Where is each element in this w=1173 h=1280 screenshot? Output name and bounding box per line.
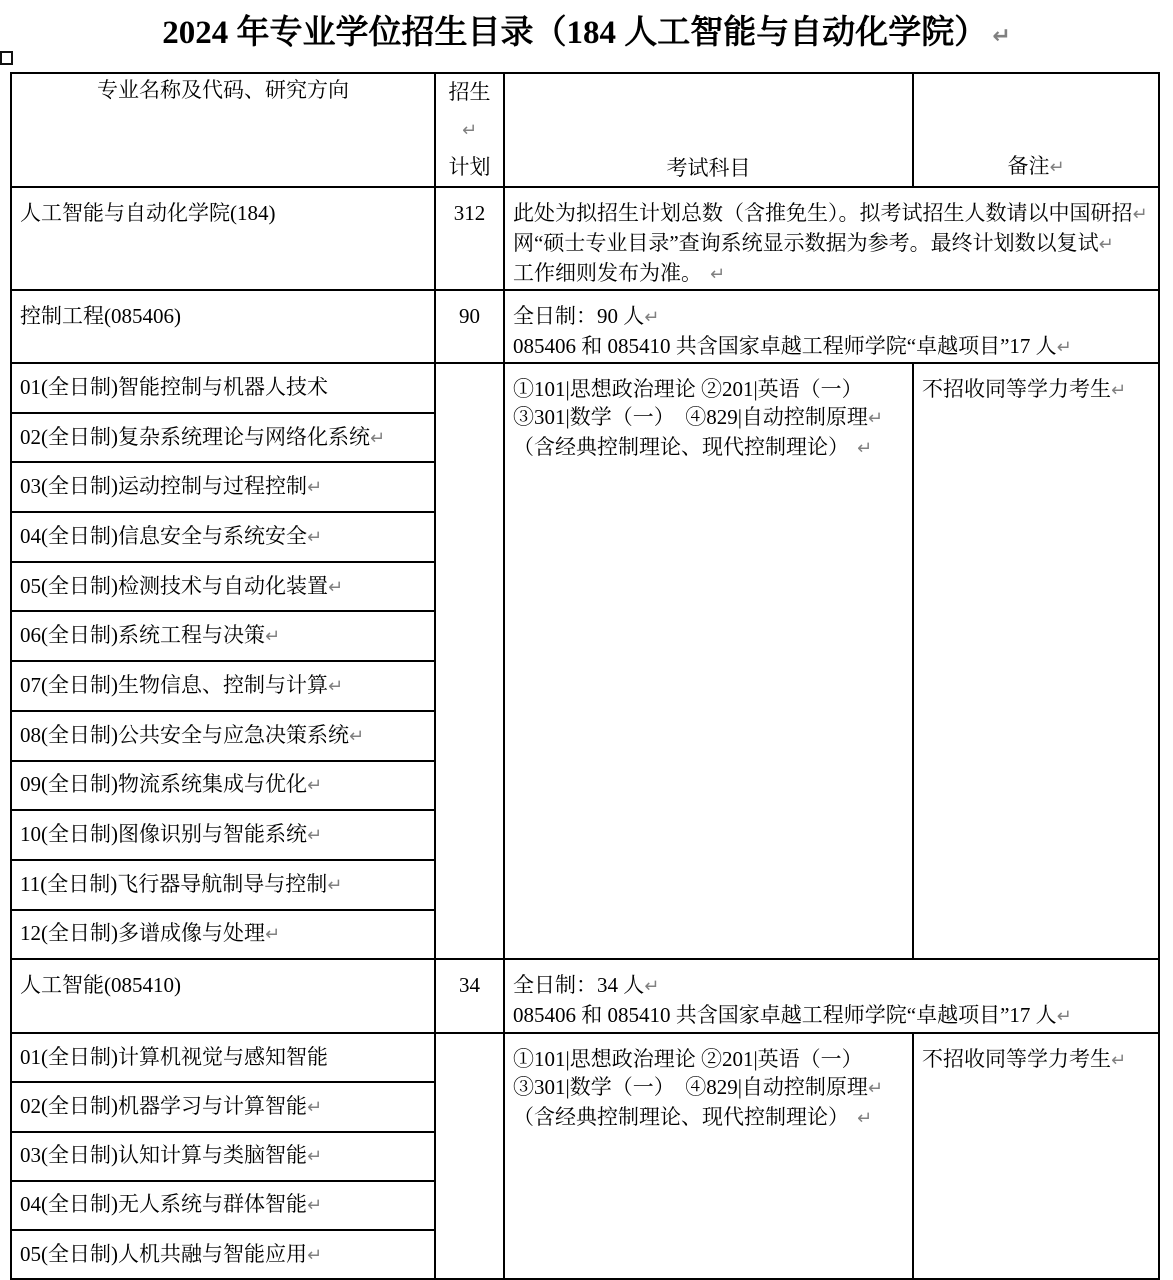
program2-quota-cell: 34	[435, 959, 504, 1033]
page-title-text: 2024 年专业学位招生目录（184 人工智能与自动化学院）	[162, 15, 987, 51]
college-note-line1: 此处为拟招生计划总数（含推免生）。拟考试招生人数请以中国研招	[513, 201, 1133, 225]
line-break-mark-icon: ↵	[328, 676, 343, 697]
college-row: 人工智能与自动化学院(184) 312 此处为拟招生计划总数（含推免生）。拟考试…	[11, 187, 1159, 290]
direction-label: 02(全日制)复杂系统理论与网络化系统	[20, 425, 370, 449]
college-note-line2: 网“硕士专业目录”查询系统显示数据为参考。最终计划数以复试	[513, 231, 1099, 255]
line-break-mark-icon: ↵	[462, 120, 477, 141]
program1-directions-quota-empty-cell	[435, 363, 504, 959]
program1-name-cell: 控制工程(085406)	[11, 290, 435, 363]
line-break-mark-icon: ↵	[1057, 337, 1072, 358]
line-break-mark-icon: ↵	[307, 1195, 322, 1216]
program1-quota: 90	[459, 304, 480, 328]
direction-label: 05(全日制)检测技术与自动化装置	[20, 574, 328, 598]
direction-cell: 05(全日制)人机共融与智能应用↵	[11, 1230, 435, 1279]
line-break-mark-icon: ↵	[1133, 204, 1148, 225]
program2-name-cell: 人工智能(085410)	[11, 959, 435, 1033]
direction-label: 01(全日制)计算机视觉与感知智能	[20, 1045, 328, 1069]
header-exam-label: 考试科目	[667, 156, 751, 180]
direction-label: 07(全日制)生物信息、控制与计算	[20, 673, 328, 697]
program2-remark: 不招收同等学力考生	[922, 1047, 1111, 1071]
exam-line1: ①101|思想政治理论 ②201|英语（一）	[513, 1047, 863, 1071]
direction-cell: 01(全日制)计算机视觉与感知智能	[11, 1033, 435, 1082]
college-name: 人工智能与自动化学院(184)	[20, 201, 276, 225]
program2-name: 人工智能(085410)	[20, 973, 181, 997]
table-anchor-marker	[0, 51, 13, 65]
direction-cell: 08(全日制)公共安全与应急决策系统↵	[11, 711, 435, 761]
program1-remark-cell: 不招收同等学力考生↵	[913, 363, 1159, 959]
line-break-mark-icon: ↵	[644, 307, 659, 328]
direction-label: 03(全日制)运动控制与过程控制	[20, 474, 307, 498]
header-exam-cell: 考试科目	[504, 73, 913, 187]
direction-label: 10(全日制)图像识别与智能系统	[20, 822, 307, 846]
direction-label: 06(全日制)系统工程与决策	[20, 623, 265, 647]
line-break-mark-icon: ↵	[307, 477, 322, 498]
program1-quota-cell: 90	[435, 290, 504, 363]
line-break-mark-icon: ↵	[307, 825, 322, 846]
program2-directions-quota-empty-cell	[435, 1033, 504, 1279]
direction-label: 08(全日制)公共安全与应急决策系统	[20, 723, 349, 747]
program-artificial-intelligence-row: 人工智能(085410) 34 全日制：34 人↵ 085406 和 08541…	[11, 959, 1159, 1033]
line-break-mark-icon: ↵	[328, 577, 343, 598]
line-break-mark-icon: ↵	[307, 1146, 322, 1167]
line-break-mark-icon: ↵	[857, 438, 872, 459]
direction-cell: 05(全日制)检测技术与自动化装置↵	[11, 562, 435, 612]
direction-cell: 02(全日制)复杂系统理论与网络化系统↵	[11, 413, 435, 463]
exam-line2: ③301|数学（一） ④829|自动控制原理	[513, 405, 868, 429]
direction-cell: 02(全日制)机器学习与计算智能↵	[11, 1082, 435, 1131]
program2-exam-subjects-cell: ①101|思想政治理论 ②201|英语（一） ③301|数学（一） ④829|自…	[504, 1033, 913, 1279]
exam-line2: ③301|数学（一） ④829|自动控制原理	[513, 1075, 868, 1099]
direction-row: 01(全日制)智能控制与机器人技术 ①101|思想政治理论 ②201|英语（一）…	[11, 363, 1159, 413]
exam-line1: ①101|思想政治理论 ②201|英语（一）	[513, 377, 863, 401]
header-quota-line2: 计划	[449, 155, 491, 179]
direction-cell: 11(全日制)飞行器导航制导与控制↵	[11, 860, 435, 910]
header-note-label: 备注	[1007, 154, 1049, 178]
college-name-cell: 人工智能与自动化学院(184)	[11, 187, 435, 290]
header-major-cell: 专业名称及代码、研究方向	[11, 73, 435, 187]
program1-remark: 不招收同等学力考生	[922, 377, 1111, 401]
college-quota-cell: 312	[435, 187, 504, 290]
program1-name: 控制工程(085406)	[20, 304, 181, 328]
direction-label: 04(全日制)无人系统与群体智能	[20, 1192, 307, 1216]
admissions-catalog-table: 专业名称及代码、研究方向 招生↵计划 考试科目 备注↵ 人工智能与自动化学院(1…	[10, 72, 1160, 1280]
program1-exam-subjects-cell: ①101|思想政治理论 ②201|英语（一） ③301|数学（一） ④829|自…	[504, 363, 913, 959]
college-note-line3: 工作细则发布为准。	[513, 261, 702, 285]
college-quota: 312	[454, 201, 486, 225]
program2-remark-cell: 不招收同等学力考生↵	[913, 1033, 1159, 1279]
program1-info-cell: 全日制：90 人↵ 085406 和 085410 共含国家卓越工程师学院“卓越…	[504, 290, 1159, 363]
direction-label: 09(全日制)物流系统集成与优化	[20, 772, 307, 796]
program1-info-line2: 085406 和 085410 共含国家卓越工程师学院“卓越项目”17 人	[513, 334, 1057, 358]
direction-cell: 03(全日制)认知计算与类脑智能↵	[11, 1132, 435, 1181]
program2-quota: 34	[459, 973, 480, 997]
direction-label: 04(全日制)信息安全与系统安全	[20, 524, 307, 548]
exam-line3: （含经典控制理论、现代控制理论）	[513, 1105, 849, 1129]
direction-cell: 01(全日制)智能控制与机器人技术	[11, 363, 435, 413]
header-note-cell: 备注↵	[913, 73, 1159, 187]
line-break-mark-icon: ↵	[327, 875, 342, 896]
direction-label: 11(全日制)飞行器导航制导与控制	[20, 872, 327, 896]
program-control-engineering-row: 控制工程(085406) 90 全日制：90 人↵ 085406 和 08541…	[11, 290, 1159, 363]
direction-cell: 09(全日制)物流系统集成与优化↵	[11, 761, 435, 811]
line-break-mark-icon: ↵	[307, 1245, 322, 1266]
paragraph-mark-icon: ↵	[992, 24, 1010, 49]
line-break-mark-icon: ↵	[349, 726, 364, 747]
line-break-mark-icon: ↵	[307, 527, 322, 548]
direction-cell: 07(全日制)生物信息、控制与计算↵	[11, 661, 435, 711]
line-break-mark-icon: ↵	[710, 264, 725, 285]
header-quota-line1: 招生	[449, 80, 491, 104]
direction-label: 03(全日制)认知计算与类脑智能	[20, 1143, 307, 1167]
page-title: 2024 年专业学位招生目录（184 人工智能与自动化学院）↵	[0, 6, 1173, 53]
direction-cell: 06(全日制)系统工程与决策↵	[11, 611, 435, 661]
direction-cell: 12(全日制)多谱成像与处理↵	[11, 910, 435, 960]
program2-info-line2: 085406 和 085410 共含国家卓越工程师学院“卓越项目”17 人	[513, 1003, 1057, 1027]
line-break-mark-icon: ↵	[307, 1097, 322, 1118]
line-break-mark-icon: ↵	[265, 626, 280, 647]
header-quota-cell: 招生↵计划	[435, 73, 504, 187]
table-header-row: 专业名称及代码、研究方向 招生↵计划 考试科目 备注↵	[11, 73, 1159, 187]
line-break-mark-icon: ↵	[1049, 157, 1064, 178]
direction-cell: 04(全日制)无人系统与群体智能↵	[11, 1181, 435, 1230]
program2-info-line1: 全日制：34 人	[513, 973, 644, 997]
line-break-mark-icon: ↵	[1111, 380, 1126, 401]
header-major-label: 专业名称及代码、研究方向	[97, 78, 349, 102]
direction-label: 01(全日制)智能控制与机器人技术	[20, 375, 328, 399]
line-break-mark-icon: ↵	[265, 924, 280, 945]
line-break-mark-icon: ↵	[857, 1108, 872, 1129]
line-break-mark-icon: ↵	[1111, 1050, 1126, 1071]
direction-label: 12(全日制)多谱成像与处理	[20, 921, 265, 945]
college-note-cell: 此处为拟招生计划总数（含推免生）。拟考试招生人数请以中国研招↵ 网“硕士专业目录…	[504, 187, 1159, 290]
line-break-mark-icon: ↵	[370, 428, 385, 449]
program2-info-cell: 全日制：34 人↵ 085406 和 085410 共含国家卓越工程师学院“卓越…	[504, 959, 1159, 1033]
direction-cell: 03(全日制)运动控制与过程控制↵	[11, 462, 435, 512]
direction-label: 05(全日制)人机共融与智能应用	[20, 1242, 307, 1266]
line-break-mark-icon: ↵	[868, 408, 883, 429]
direction-cell: 10(全日制)图像识别与智能系统↵	[11, 810, 435, 860]
direction-row: 01(全日制)计算机视觉与感知智能 ①101|思想政治理论 ②201|英语（一）…	[11, 1033, 1159, 1082]
line-break-mark-icon: ↵	[644, 976, 659, 997]
line-break-mark-icon: ↵	[1057, 1006, 1072, 1027]
direction-cell: 04(全日制)信息安全与系统安全↵	[11, 512, 435, 562]
line-break-mark-icon: ↵	[868, 1078, 883, 1099]
line-break-mark-icon: ↵	[1099, 234, 1114, 255]
exam-line3: （含经典控制理论、现代控制理论）	[513, 435, 849, 459]
line-break-mark-icon: ↵	[307, 775, 322, 796]
program1-info-line1: 全日制：90 人	[513, 304, 644, 328]
direction-label: 02(全日制)机器学习与计算智能	[20, 1094, 307, 1118]
